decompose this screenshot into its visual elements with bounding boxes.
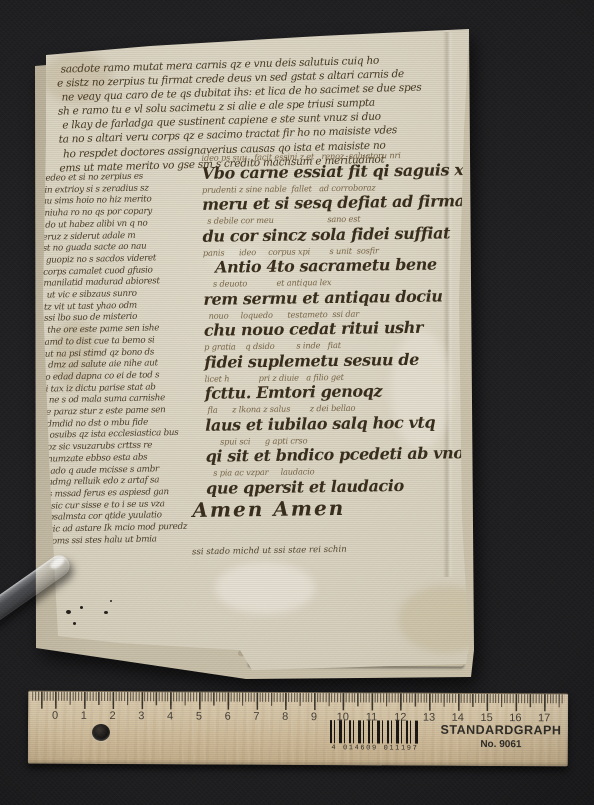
hymn-verse-line: que qpersit et laudacio [206,475,466,498]
manuscript-page: sacdote ramo mutat mera carnis qz e vnu … [0,0,594,805]
hymn-verse-line: du cor sincz sola fidei suffiat [202,223,462,246]
hymn-entry: panis ideo corpus xpi s unit sosfir Anti… [203,245,463,277]
manuscript-leaf-stack: sacdote ramo mutat mera carnis qz e vnu … [0,0,594,805]
ruler-number: 0 [52,710,58,722]
ruler-number: 1 [81,710,87,722]
ruler-number: 3 [138,710,144,722]
closing-note-line: ssi stado michd ut ssi stae rei schin [192,545,347,558]
hymn-verse-line: rem sermu et antiqau dociu [203,286,463,309]
ruler-number: 7 [253,711,259,723]
ink-speck [73,622,76,625]
hymn-verse-line: Amen Amen [192,497,466,520]
hymn-verse-line: fidei suplemetu sesuu de [204,349,464,372]
hymn-verse-line: fcttu. Emtori genoqz [205,380,465,403]
ruler-number: 2 [110,710,116,722]
barcode-digits: 4 014609 011197 [330,744,420,752]
ruler-model-number: No. 9061 [426,739,576,751]
hymn-verse-line: Vbo carne essiat fit qi saguis xpi [202,160,462,183]
ruler-number: 9 [311,711,317,723]
hymn-verse-line: chu nouo cedat ritui ushr [204,317,464,340]
hymn-verse-line: qi sit et bndico pcedeti ab vno [206,443,466,466]
hymn-verse-line: meru et si sesq defiat ad firma [202,191,462,214]
parchment-stain [215,562,315,614]
ink-speck [66,610,71,614]
hymn-entry: s pia ac vzpar laudacio que qpersit et l… [206,465,466,497]
hymn-entry: fla z lkona z salus z dei bellao laus et… [205,402,465,434]
centimeter-ticks [32,692,564,712]
hymn-column: ideo ps suu facit essini z et renoz salu… [201,150,466,522]
hymn-entry: spui sci g apti crso qi sit et bndico pc… [205,434,465,466]
barcode: 4 014609 011197 [330,720,420,754]
hymn-verse-line: laus et iubilao salq hoc vtq [205,412,465,435]
ink-speck [104,611,108,614]
hymn-entry: prudenti z sine nable fallet ad corrobor… [202,182,462,214]
ruler: 01234567891011121314151617 4 014609 0111… [28,691,568,767]
hymn-entry: nouo loquedo testameto ssi dar chu nouo … [204,308,464,340]
hymn-entry: licet h pri z diuie a filio get fcttu. E… [205,371,465,403]
parchment-stain [398,585,493,653]
hymn-entry: ideo ps suu facit essini z et renoz salu… [201,150,461,182]
ruler-brand: STANDARDGRAPH [426,723,576,738]
gloss-column: sedeo et si no zerpius esin extrioy si s… [41,170,211,548]
ruler-number: 5 [196,710,202,722]
ink-speck [110,600,112,602]
ruler-number: 8 [282,711,288,723]
hymn-verse-line: Antio 4to sacrametu bene [215,254,463,276]
hymn-entry: p gratia q dsido s inde fiat fidei suple… [204,339,464,371]
hymn-entry: Amen Amen [206,497,466,520]
manuscript-gloss-line: oms ssi stes halu ut bmia [52,533,211,548]
ink-speck [80,606,83,609]
barcode-bars [330,720,420,743]
millimeter-ticks [32,692,564,704]
photograph: sacdote ramo mutat mera carnis qz e vnu … [0,0,594,805]
ruler-number: 4 [167,710,173,722]
half-centimeter-ticks [32,692,564,708]
ruler-hanging-hole [92,724,110,741]
ruler-ticks [32,692,564,695]
hymn-entry: s debile cor meu sano est du cor sincz s… [202,213,462,245]
ruler-brand-box: STANDARDGRAPH No. 9061 [426,723,576,751]
hymn-entry: s deuoto et antiqua lex rem sermu et ant… [203,276,463,308]
ruler-number: 6 [225,711,231,723]
